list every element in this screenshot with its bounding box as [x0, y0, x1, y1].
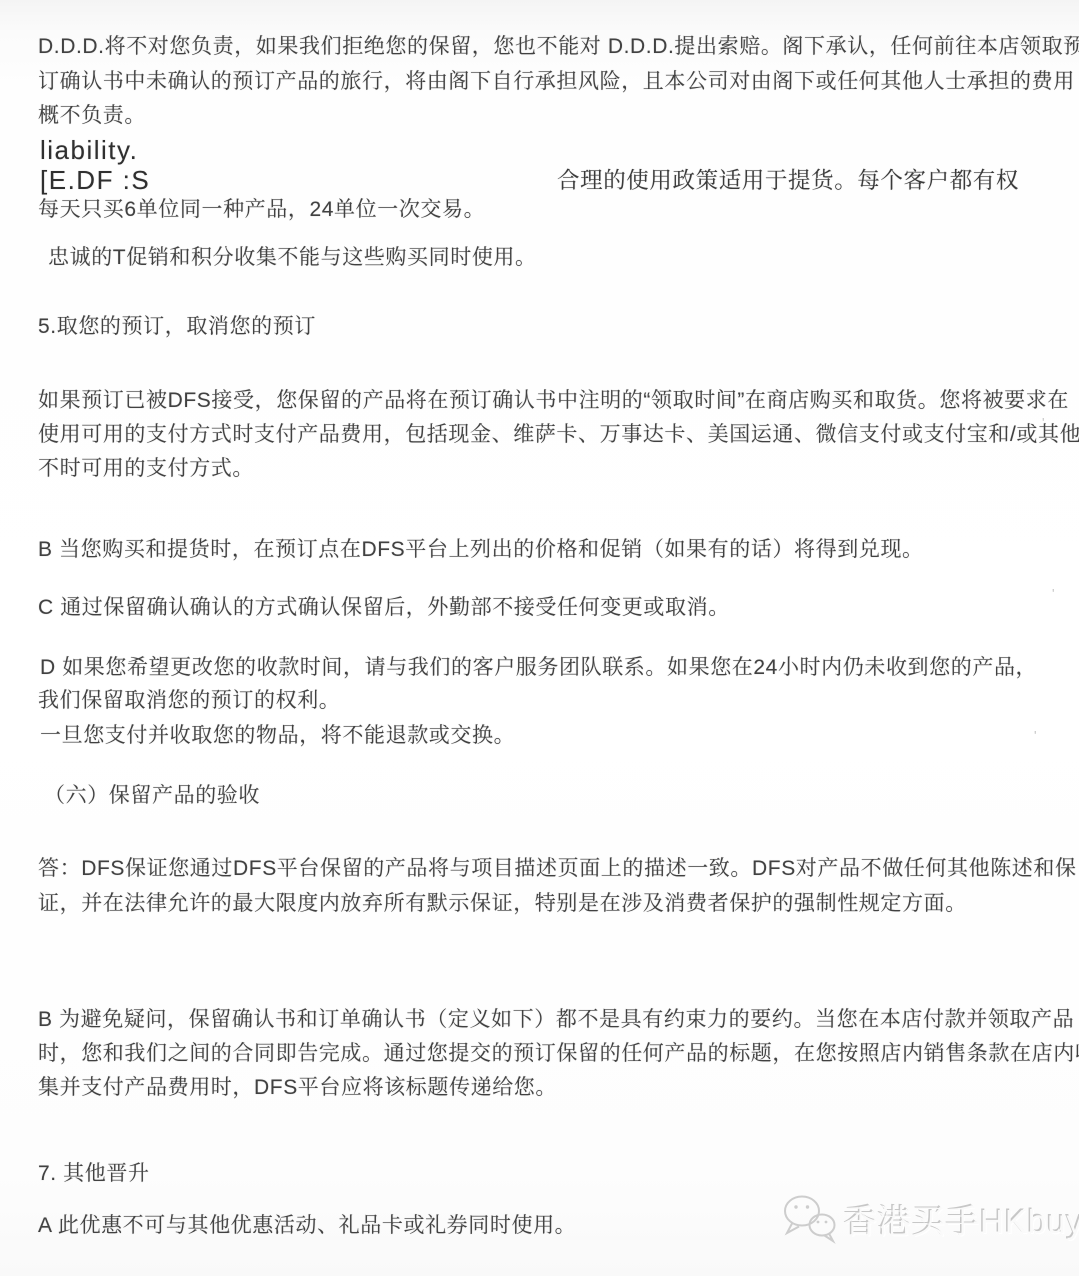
clause-b-line: B 当您购买和提货时，在预订点在DFS平台上列出的价格和促销（如果有的话）将得到…	[38, 536, 924, 564]
scan-artifact: '	[1052, 586, 1054, 601]
section-heading-5: 5.取您的预订，取消您的预订	[38, 313, 316, 341]
clause-a-line: A 此优惠不可与其他优惠活动、礼品卡或礼券同时使用。	[38, 1212, 576, 1240]
paragraph-line: 使用可用的支付方式时支付产品费用，包括现金、维萨卡、万事达卡、美国运通、微信支付…	[38, 421, 1079, 449]
terms-document-page: D.D.D.将不对您负责，如果我们拒绝您的保留，您也不能对 D.D.D.提出索赔…	[0, 0, 1079, 1276]
paragraph-line: 概不负责。	[38, 102, 146, 130]
scan-artifact: '	[1042, 415, 1044, 430]
english-fragment-edfs: [E.DF :S	[40, 166, 150, 194]
wechat-bubbles-icon	[780, 1192, 838, 1246]
clause-c-line: C 通过保留确认确认的方式确认保留后，外勤部不接受任何变更或取消。	[38, 594, 730, 622]
paragraph-line: 每天只买6单位同一种产品，24单位一次交易。	[38, 196, 485, 224]
paragraph-line: 答：DFS保证您通过DFS平台保留的产品将与项目描述页面上的描述一致。DFS对产…	[38, 855, 1077, 883]
paragraph-line: 如果预订已被DFS接受，您保留的产品将在预订确认书中注明的“领取时间”在商店购买…	[38, 387, 1069, 415]
clause-b2-line: 集并支付产品费用时，DFS平台应将该标题传递给您。	[38, 1074, 557, 1102]
watermark-brand: 香港买手HKbuyer	[844, 1196, 1079, 1243]
no-refund-line: 一旦您支付并收取您的物品，将不能退款或交换。	[40, 722, 515, 750]
section-heading-6: （六）保留产品的验收	[44, 782, 260, 810]
paragraph-line: 证，并在法律允许的最大限度内放弃所有默示保证，特别是在涉及消费者保护的强制性规定…	[38, 890, 967, 918]
clause-b2-line: B 为避免疑问，保留确认书和订单确认书（定义如下）都不是具有约束力的要约。当您在…	[38, 1006, 1074, 1034]
clause-d-line: D 如果您希望更改您的收款时间，请与我们的客户服务团队联系。如果您在24小时内仍…	[40, 654, 1037, 682]
scan-artifact: '	[1034, 728, 1036, 743]
clause-b2-line: 时，您和我们之间的合同即告完成。通过您提交的预订保留的任何产品的标题，在您按照店…	[38, 1040, 1079, 1068]
paragraph-line: D.D.D.将不对您负责，如果我们拒绝您的保留，您也不能对 D.D.D.提出索赔…	[38, 33, 1079, 61]
paragraph-line: 忠诚的T促销和积分收集不能与这些购买同时使用。	[48, 244, 537, 272]
clause-d-line: 我们保留取消您的预订的权利。	[38, 687, 340, 715]
paragraph-line: 合理的使用政策适用于提货。每个客户都有权	[557, 167, 1019, 195]
section-heading-7: 7. 其他晋升	[38, 1160, 150, 1188]
english-fragment-liability: liability.	[40, 136, 138, 164]
paragraph-line: 不时可用的支付方式。	[38, 455, 254, 483]
watermark: 香港买手HKbuyer	[780, 1192, 1079, 1246]
paragraph-line: 订确认书中未确认的预订产品的旅行，将由阁下自行承担风险，且本公司对由阁下或任何其…	[38, 68, 1075, 96]
